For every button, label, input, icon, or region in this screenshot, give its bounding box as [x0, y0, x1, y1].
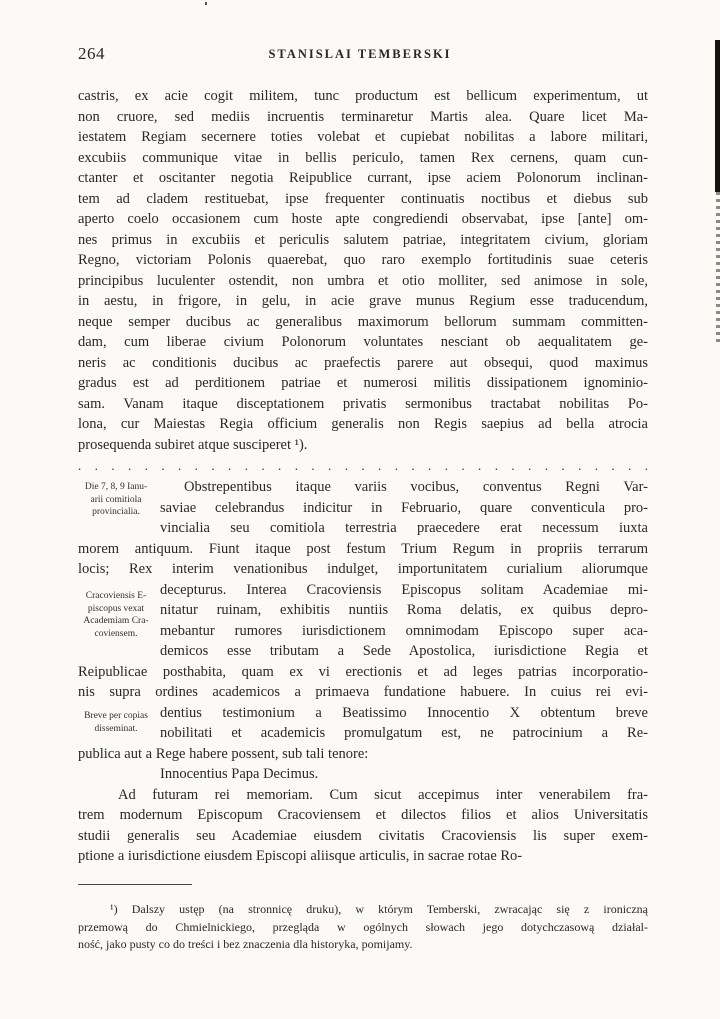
text-line: Obstrepentibus itaque variis vocibus, co…	[184, 477, 648, 498]
text-line: studii generalis seu Academiae eiusdem c…	[78, 826, 648, 847]
footnote-line: ność, jako pusty co do treści i bez znac…	[78, 936, 648, 954]
margin-note-line: Die 7, 8, 9 Ianu-	[74, 481, 158, 494]
text-line: neris ac conditionis ducibus ac praefect…	[78, 353, 648, 374]
text-line: locis; Rex interim venationibus indulget…	[78, 559, 648, 580]
text-line: publica aut a Rege habere possent, sub t…	[78, 744, 648, 765]
footnote-rule	[78, 884, 192, 885]
text-line: ptione a iurisdictione eiusdem Episcopi …	[78, 846, 648, 867]
margin-note-line: piscopus vexat	[74, 603, 158, 616]
text-line: nes primus in excubiis et periculis salu…	[78, 230, 648, 251]
text-line: trem modernum Episcopum Cracoviensem et …	[78, 805, 648, 826]
scan-artifact-right-speckle	[716, 192, 720, 342]
text-line: saviae celebrandus indicitur in Februari…	[160, 498, 648, 519]
text-line: sam. Vanam itaque disceptationem privati…	[78, 394, 648, 415]
text-line: Innocentius Papa Decimus.	[160, 764, 648, 785]
margin-note-line: Cracoviensis E-	[74, 590, 158, 603]
text-line: aperto coelo occasionem cum hoste apte c…	[78, 209, 648, 230]
scan-artifact-speck	[205, 2, 207, 5]
margin-note-line: coviensem.	[74, 628, 158, 641]
text-line: Reipublicae posthabita, quam ex vi erect…	[78, 662, 648, 683]
text-line: iestatem Regiam secernere toties volebat…	[78, 127, 648, 148]
text-line: nobilitati et academicis promulgatum est…	[160, 723, 648, 744]
text-line: principibus luculenter ostendit, non umb…	[78, 271, 648, 292]
footnote-line: przemową do Chmielnickiego, przegląda w …	[78, 919, 648, 937]
text-line: prosequenda subiret atque susciperet ¹).	[78, 435, 648, 456]
text-line: tem ad cladem restituebat, ipse frequent…	[78, 189, 648, 210]
text-line: in aestu, in frigore, in gelu, in acie g…	[78, 291, 648, 312]
text-line: demicos esse tributam a Sede Apostolica,…	[160, 641, 648, 662]
text-line: Regno, victoriam Polonis quaerebat, quo …	[78, 250, 648, 271]
text-line: gradus est ad perditionem patriae et num…	[78, 373, 648, 394]
text-line: castris, ex acie cogit militem, tunc pro…	[78, 86, 648, 107]
text-line: Ad futuram rei memoriam. Cum sicut accep…	[78, 785, 648, 806]
margin-note-line: arii comitiola	[74, 494, 158, 507]
text-line: ctanter et oscitanter negotia Reipublice…	[78, 168, 648, 189]
margin-note: Breve per copiasdisseminat.	[74, 710, 158, 735]
ellipsis-row: . . . . . . . . . . . . . . . . . . . . …	[78, 458, 648, 474]
margin-note-line: Breve per copias	[74, 710, 158, 723]
footnote-line: ¹) Dalszy ustęp (na stronnicę druku), w …	[78, 901, 648, 919]
book-page: 264 STANISLAI TEMBERSKI castris, ex acie…	[0, 0, 720, 1019]
text-line: dentius testimonium a Beatissimo Innocen…	[160, 703, 648, 724]
text-line: vincialia seu comitiola terrestria praec…	[160, 518, 648, 539]
text-line: nitatur ruinam, exhibitis nuntiis Roma d…	[160, 600, 648, 621]
margin-note: Cracoviensis E-piscopus vexatAcademiam C…	[74, 590, 158, 640]
text-line: morem antiquum. Fiunt itaque post festum…	[78, 539, 648, 560]
text-line: nis supra ordines academicos a primaeva …	[78, 682, 648, 703]
text-line: dam, cum liberae civium Polonorum volunt…	[78, 332, 648, 353]
body-text: castris, ex acie cogit militem, tunc pro…	[78, 86, 648, 867]
scan-artifact-right-edge	[715, 40, 720, 192]
margin-note-line: Academiam Cra-	[74, 615, 158, 628]
text-line: lona, cur Maiestas Regia officium genera…	[78, 414, 648, 435]
text-line: decepturus. Interea Cracoviensis Episcop…	[160, 580, 648, 601]
running-title: STANISLAI TEMBERSKI	[0, 47, 720, 62]
text-line: non cruore, sed mediis incruentis termin…	[78, 107, 648, 128]
text-line: mebantur rumores iurisdictionem omnimoda…	[160, 621, 648, 642]
margin-note-line: disseminat.	[74, 723, 158, 736]
margin-note-line: provincialia.	[74, 506, 158, 519]
text-line: excubiis communique vitae in bellis peri…	[78, 148, 648, 169]
text-line: neque semper ducibus ac generalibus maxi…	[78, 312, 648, 333]
footnote: ¹) Dalszy ustęp (na stronnicę druku), w …	[78, 901, 648, 954]
margin-note: Die 7, 8, 9 Ianu-arii comitiolaprovincia…	[74, 481, 158, 519]
